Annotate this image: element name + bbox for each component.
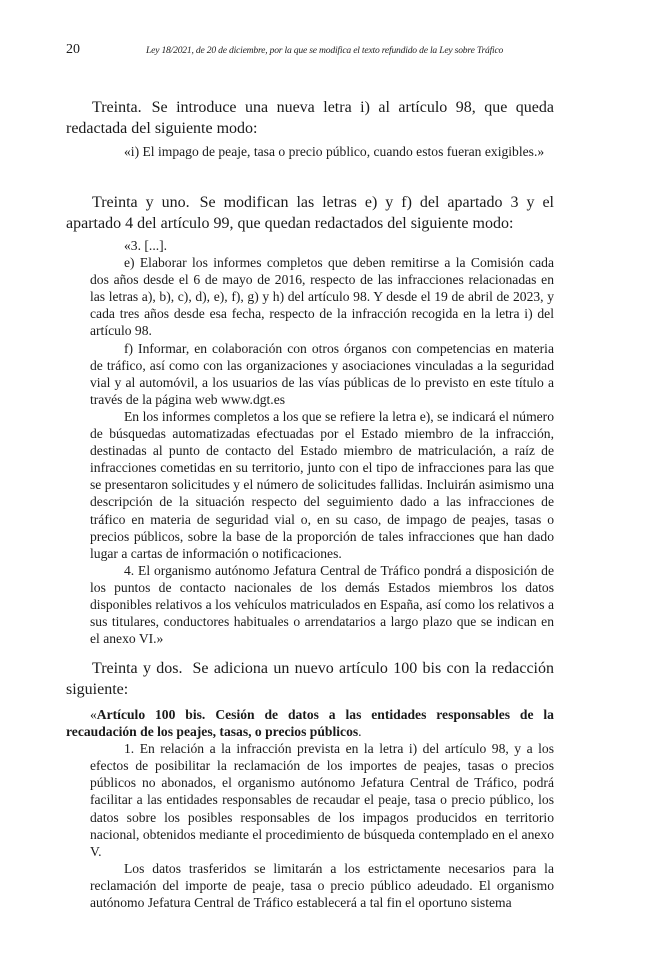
article-label: Artículo 100 bis. <box>97 707 206 722</box>
quote-block: «3. [...]. e) Elaborar los informes comp… <box>66 237 554 647</box>
section-label: Treinta. <box>92 99 142 116</box>
quote-paragraph: e) Elaborar los informes completos que d… <box>90 254 554 339</box>
section-intro: Treinta.Se introduce una nueva letra i) … <box>66 98 554 139</box>
quote-paragraph: f) Informar, en colaboración con otros ó… <box>90 340 554 408</box>
page-number: 20 <box>66 42 80 58</box>
quote-paragraph: «i) El impago de peaje, tasa o precio pú… <box>66 143 554 160</box>
section-intro: Treinta y uno.Se modifican las letras e)… <box>66 193 554 234</box>
section-treinta: Treinta.Se introduce una nueva letra i) … <box>66 98 554 160</box>
quote-open: « <box>90 707 97 722</box>
section-treinta-y-dos: Treinta y dos.Se adiciona un nuevo artíc… <box>66 659 554 911</box>
quote-paragraph: «3. [...]. <box>90 237 554 254</box>
article-heading: «Artículo 100 bis.Cesión de datos a las … <box>66 706 554 740</box>
quote-paragraph: 1. En relación a la infracción prevista … <box>90 740 554 860</box>
quote-paragraph: 4. El organismo autónomo Jefatura Centra… <box>90 562 554 647</box>
section-intro: Treinta y dos.Se adiciona un nuevo artíc… <box>66 659 554 700</box>
quote-paragraph: Los datos trasferidos se limitarán a los… <box>90 860 554 911</box>
section-label: Treinta y uno. <box>92 194 190 211</box>
quote-paragraph: En los informes completos a los que se r… <box>90 408 554 562</box>
running-head: Ley 18/2021, de 20 de diciembre, por la … <box>146 45 503 56</box>
quote-block: 1. En relación a la infracción prevista … <box>66 740 554 911</box>
section-label: Treinta y dos. <box>92 660 183 677</box>
article-title-end: . <box>358 724 361 739</box>
section-treinta-y-uno: Treinta y uno.Se modifican las letras e)… <box>66 193 554 647</box>
